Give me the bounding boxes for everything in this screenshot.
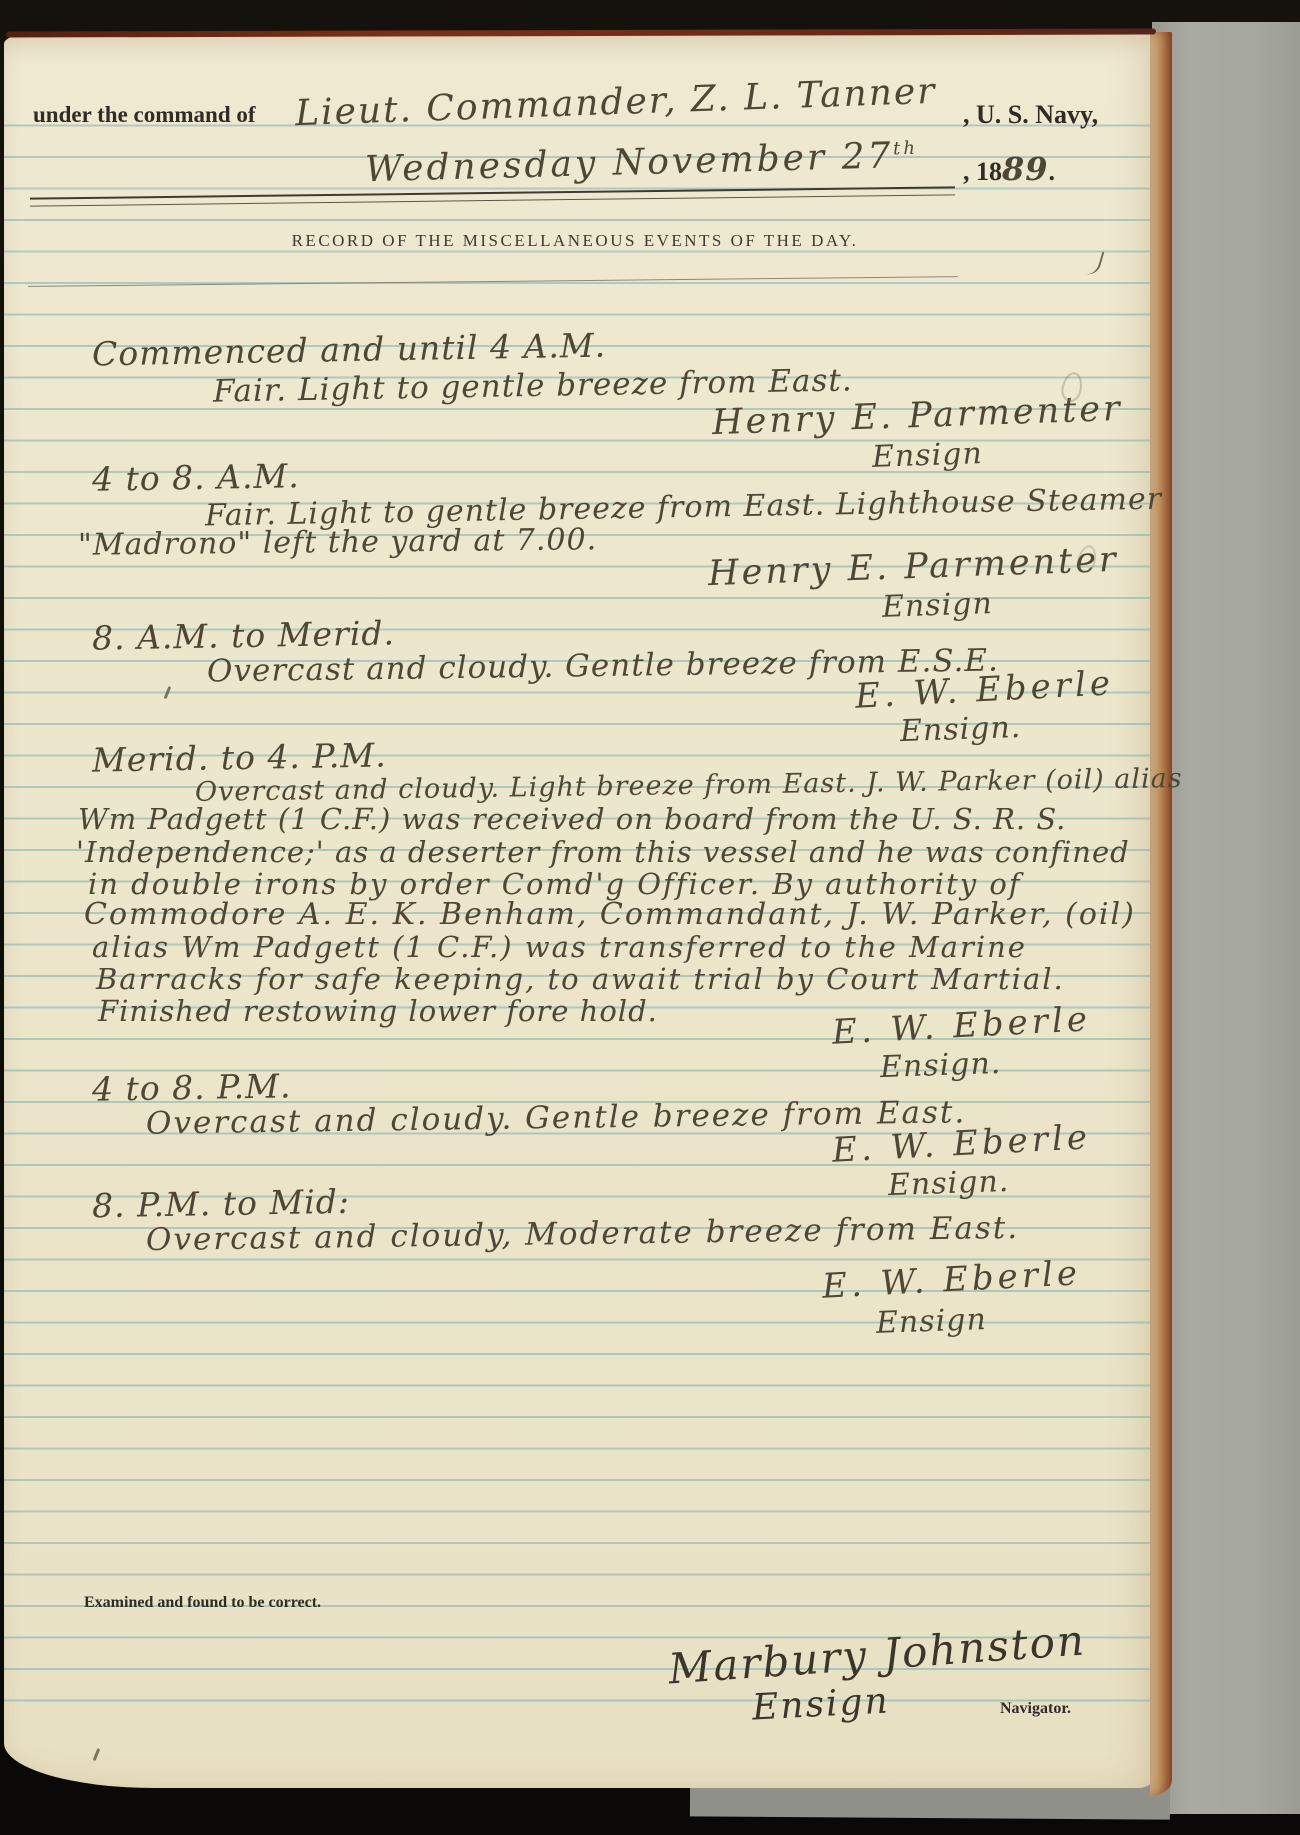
entry-line: Barracks for safe keeping, to await tria… (96, 962, 1065, 996)
signature-rank: Ensign. (879, 1046, 1001, 1085)
printed-year-prefix: , 18 (963, 157, 1002, 186)
examined-statement: Examined and found to be correct. (84, 1594, 321, 1612)
gray-backing-board (1152, 22, 1300, 1814)
signature-rank: Ensign (881, 586, 993, 625)
entry-line: Finished restowing lower fore hold. (98, 994, 658, 1028)
printed-command-prefix: under the command of (33, 102, 256, 128)
logbook-scan: { "page": { "header": { "printed_prefix"… (0, 0, 1300, 1835)
section-title: RECORD OF THE MISCELLANEOUS EVENTS OF TH… (190, 231, 960, 251)
entry-line: "Madrono" left the yard at 7.00. (78, 522, 598, 562)
navigator-signature-rank: Ensign (751, 1680, 891, 1728)
entry-line: Commodore A. E. K. Benham, Commandant, J… (84, 897, 1136, 932)
page-fore-edge (1150, 32, 1172, 1796)
printed-year-line: , 1889. (963, 150, 1055, 188)
entry-time-label: Merid. to 4. P.M. (92, 735, 387, 779)
printed-year-period: . (1049, 157, 1056, 186)
signature-rank: Ensign. (887, 1164, 1009, 1203)
printed-navigator-label: Navigator. (1000, 1700, 1071, 1718)
entry-time-label: 4 to 8. A.M. (92, 456, 300, 499)
entry-line: in double irons by order Comd'g Officer.… (88, 867, 1022, 901)
entry-time-label: 4 to 8. P.M. (92, 1066, 292, 1108)
signature-rank: Ensign (871, 436, 983, 475)
entry-line: alias Wm Padgett (1 C.F.) was transferre… (92, 930, 1027, 964)
date-ordinal-suffix: th (893, 138, 918, 160)
handwritten-year-digits: 89 (1002, 150, 1049, 188)
printed-us-navy: , U. S. Navy, (963, 100, 1098, 130)
signature-rank: Ensign. (899, 710, 1021, 749)
entry-line: 'Independence;' as a deserter from this … (76, 835, 1130, 869)
entry-time-label: 8. P.M. to Mid: (92, 1182, 351, 1225)
signature-rank: Ensign (875, 1302, 987, 1341)
entry-line: Wm Padgett (1 C.F.) was received on boar… (78, 802, 1066, 836)
